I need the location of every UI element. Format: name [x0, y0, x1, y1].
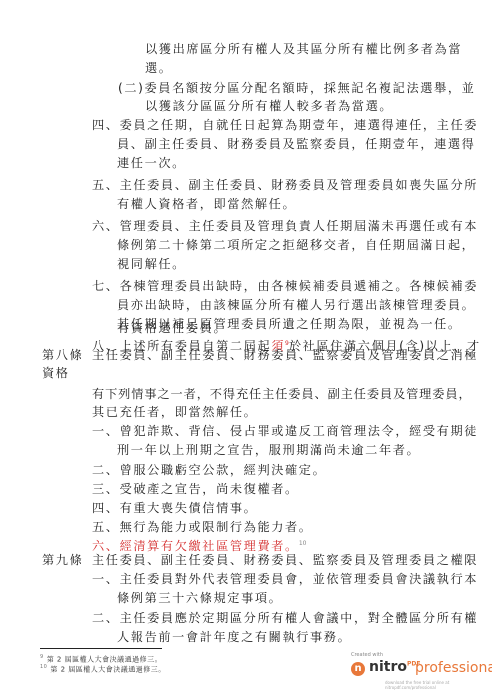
article-9-item: 一、主任委員對外代表管理委員會，並依管理委員會決議執行本 [92, 572, 478, 587]
article-8-label: 第八條 [42, 348, 83, 363]
article-8-item: 刑一年以上刑期之宣告，服刑期滿尚未逾二年者。 [117, 443, 420, 458]
nitro-brand: nitroPDF [369, 659, 420, 675]
article-8-item: 四、有重大喪失債信情事。 [92, 501, 257, 516]
text-line: 以獲出席區分所有權人及其區分所有權比例多者為當 [145, 42, 462, 57]
footnote-divider [40, 648, 162, 649]
footnote-10: 10第 2 屆區權人大會決議通過修三。 [40, 663, 166, 674]
text-line: 視同解任。 [117, 257, 186, 272]
article-9-item: 條例第三十六條規定事項。 [117, 591, 282, 606]
article-8-title: 主任委員、副主任委員、財務委員、監察委員及管理委員之消極 [92, 348, 478, 363]
text-line: 有權人資格者，即當然解任。 [117, 197, 296, 212]
watermark-tagline: download the free trial online at nitrop… [385, 680, 485, 690]
text-line: 連任一次。 [117, 156, 186, 171]
article-8-sublabel: 資格 [42, 366, 70, 381]
brand-text: nitro [369, 659, 407, 675]
text-line: 七、各棟管理委員出缺時，由各棟候補委員遞補之。各棟候補委 [92, 279, 478, 294]
article-8-red-item: 六、經清算有欠繳社區管理費者。10 [92, 539, 306, 554]
article-8-intro: 其已充任者，即當然解任。 [92, 405, 257, 420]
text-line: 條例第二十條第二項所定之拒絕移交者，自任期屆滿日起， [117, 238, 475, 253]
text-line: 以獲該分區區分所有權人較多者為當選。 [145, 99, 393, 114]
professional-text: professional [415, 660, 492, 676]
text-line: 選。 [145, 61, 173, 76]
article-9-item: 二、主任委員應於定期區分所有權人會議中，對全體區分所有權 [92, 611, 478, 626]
text-line: 員亦出缺時，由該棟區分所有權人另行選出該棟管理委員。 [117, 298, 475, 313]
footnote-number: 9 [40, 654, 44, 660]
watermark-crafted-text: Created with [351, 652, 383, 658]
text-line: (二)委員名額按分區分配名額時，採無記名複記法選舉，並 [118, 81, 475, 96]
text-line: 五、主任委員、副主任委員、財務委員及管理委員如喪失區分所 [92, 178, 478, 193]
red-item-text: 六、經清算有欠繳社區管理費者。 [92, 539, 299, 553]
article-8-item: 三、受破產之宣告，尚未復權者。 [92, 482, 299, 497]
text-line: 有資格選任委員。 [117, 321, 227, 336]
text-line: 員、副主任委員、財務委員及監察委員，任期壹年，連選得 [117, 137, 475, 152]
text-line: 四、委員之任期，自就任日起算為期壹年，連選得連任，主任委 [92, 118, 478, 133]
article-8-intro: 有下列情事之一者，不得充任主任委員、副主任委員及管理委員， [92, 387, 472, 402]
nitro-logo-icon: n [351, 662, 365, 676]
article-9-title: 主任委員、副主任委員、財務委員、監察委員及管理委員之權限 [92, 553, 478, 568]
text-line: 六、管理委員、主任委員及管理負責人任期屆滿未再選任或有本 [92, 219, 478, 234]
footnote-number: 10 [40, 664, 47, 670]
footnote-ref-10[interactable]: 10 [299, 540, 307, 547]
article-8-item: 五、無行為能力或限制行為能力者。 [92, 520, 313, 535]
article-9-item: 人報告前一會計年度之有關執行事務。 [117, 630, 351, 645]
article-8-item: 一、曾犯詐欺、背信、侵占罪或違反工商管理法令，經受有期徒 [92, 424, 478, 439]
article-9-label: 第九條 [42, 553, 83, 568]
nitro-watermark: Created with n nitroPDF professional dow… [345, 650, 485, 690]
footnote-text: 第 2 屆區權人大會決議通過修三。 [50, 665, 165, 673]
article-8-item: 二、曾服公職虧空公款，經判決確定。 [92, 463, 326, 478]
